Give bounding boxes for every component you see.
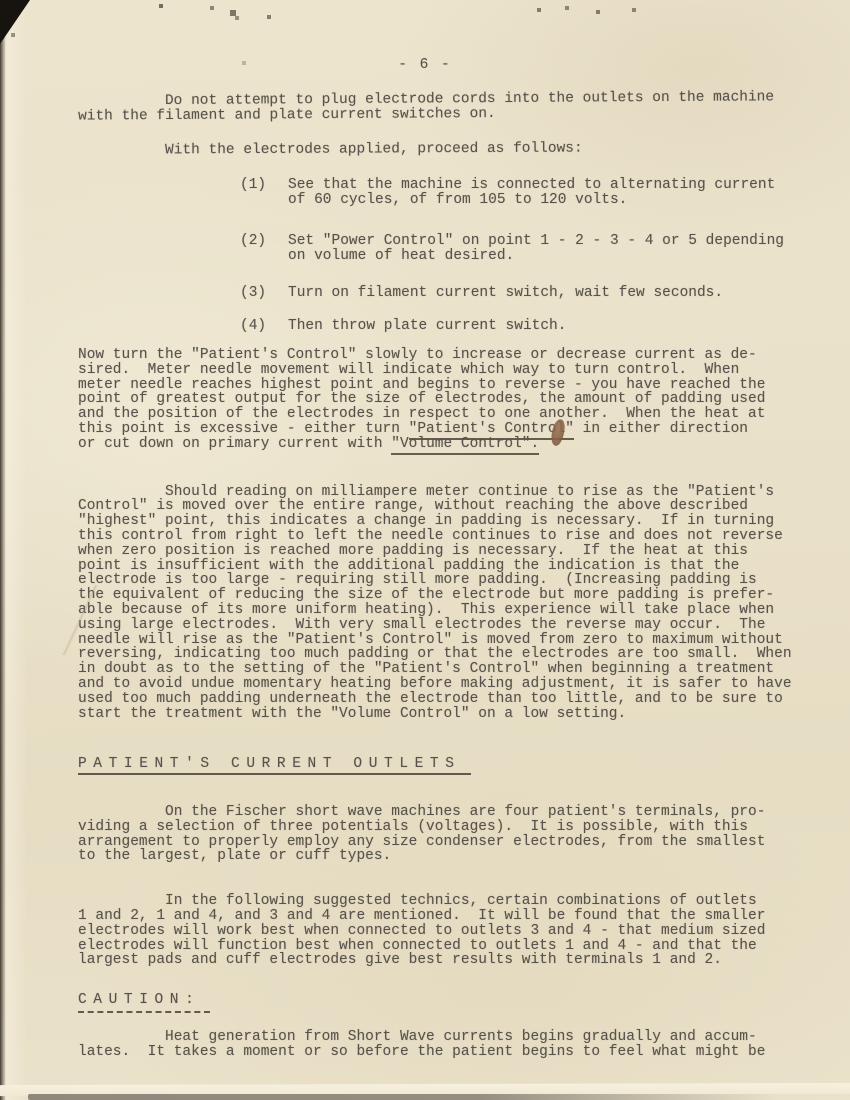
text-line: In the following suggested technics, cer… [78, 894, 820, 909]
paragraph-should-reading: Should reading on milliampere meter cont… [78, 485, 820, 722]
text-line: lates. It takes a moment or so before th… [78, 1045, 820, 1060]
document-page: - 6 - Do not attempt to plug electrode c… [0, 0, 850, 1100]
step-item-4: (4) Then throw plate current switch. [240, 319, 820, 334]
section-heading-outlets: PATIENT'S CURRENT OUTLETS [78, 757, 820, 775]
step-number: (3) [240, 286, 288, 301]
paragraph-heat: Heat generation from Short Wave currents… [78, 1030, 820, 1060]
heading-text: PATIENT'S CURRENT OUTLETS [78, 757, 471, 775]
text-line: using large electrodes. With very small … [78, 618, 820, 633]
step-item-3: (3) Turn on filament current switch, wai… [240, 286, 820, 301]
text-line: in doubt as to the setting of the "Patie… [78, 662, 820, 677]
step-number: (4) [240, 319, 288, 334]
text-line: electrode is too large - requiring still… [78, 573, 820, 588]
text-line: Turn on filament current switch, wait fe… [288, 286, 723, 301]
step-number: (1) [240, 178, 288, 208]
paragraph-intro: Do not attempt to plug electrode cords i… [78, 90, 820, 124]
text-line: to the largest, plate or cuff types. [78, 849, 820, 864]
text-segment: or cut down on primary current with [78, 436, 391, 452]
step-number: (2) [240, 234, 288, 264]
page-number: - 6 - [0, 0, 850, 73]
text-line: when zero position is reached more paddi… [78, 544, 820, 559]
paragraph-proceed: With the electrodes applied, proceed as … [78, 141, 820, 159]
step-item-2: (2) Set "Power Control" on point 1 - 2 -… [240, 234, 820, 264]
paragraph-fischer: On the Fischer short wave machines are f… [78, 805, 820, 864]
text-line: Control" is moved over the entire range,… [78, 499, 820, 514]
paragraph-now-turn: Now turn the "Patient's Control" slowly … [78, 348, 820, 452]
text-segment: in either direction [574, 421, 748, 437]
text-line: Now turn the "Patient's Control" slowly … [78, 348, 820, 363]
text-line: See that the machine is connected to alt… [288, 178, 775, 193]
text-line: "highest" point, this indicates a change… [78, 514, 820, 529]
text-line: point of greatest output for the size of… [78, 392, 820, 407]
text-line: used too much padding underneath the ele… [78, 692, 820, 707]
underlying-page-edge [0, 1083, 850, 1096]
text-line: and the position of the electrodes in re… [78, 407, 820, 422]
text-line: of 60 cycles, of from 105 to 120 volts. [288, 193, 775, 208]
text-line: With the electrodes applied, proceed as … [78, 141, 820, 159]
text-line: viding a selection of three potentials (… [78, 820, 820, 835]
text-line: with the filament and plate current swit… [78, 105, 820, 124]
text-line: Then throw plate current switch. [288, 319, 566, 334]
step-item-1: (1) See that the machine is connected to… [240, 178, 820, 208]
text-line: and to avoid undue momentary heating bef… [78, 677, 820, 692]
text-line: sired. Meter needle movement will indica… [78, 363, 820, 378]
underlined-phrase: "Volume Control". [391, 436, 539, 455]
paragraph-following: In the following suggested technics, cer… [78, 894, 820, 968]
step-text: Turn on filament current switch, wait fe… [288, 286, 723, 301]
text-line: or cut down on primary current with "Vol… [78, 437, 820, 452]
text-line: able because of its more uniform heating… [78, 603, 820, 618]
text-line: the equivalent of reducing the size of t… [78, 588, 820, 603]
page-body: Do not attempt to plug electrode cords i… [0, 94, 850, 1060]
heading-text: CAUTION: [78, 993, 210, 1013]
text-line: largest pads and cuff electrodes give be… [78, 953, 820, 968]
step-text: Then throw plate current switch. [288, 319, 566, 334]
section-heading-caution: CAUTION: [78, 993, 820, 1013]
text-line: 1 and 2, 1 and 4, and 3 and 4 are mentio… [78, 909, 820, 924]
text-line: Heat generation from Short Wave currents… [78, 1030, 820, 1045]
numbered-steps: (1) See that the machine is connected to… [240, 178, 820, 334]
text-segment: this point is excessive - either turn [78, 421, 409, 437]
step-text: See that the machine is connected to alt… [288, 178, 775, 208]
text-line: this control from right to left the need… [78, 529, 820, 544]
text-line: start the treatment with the "Volume Con… [78, 707, 820, 722]
text-line: Set "Power Control" on point 1 - 2 - 3 -… [288, 234, 784, 249]
text-line: this point is excessive - either turn "P… [78, 422, 820, 437]
text-line: reversing, indicating too much padding o… [78, 647, 820, 662]
scan-bottom-shadow [28, 1094, 778, 1100]
text-line: On the Fischer short wave machines are f… [78, 805, 820, 820]
step-text: Set "Power Control" on point 1 - 2 - 3 -… [288, 234, 784, 264]
text-line: electrodes will work best when connected… [78, 924, 820, 939]
text-line: on volume of heat desired. [288, 249, 784, 264]
